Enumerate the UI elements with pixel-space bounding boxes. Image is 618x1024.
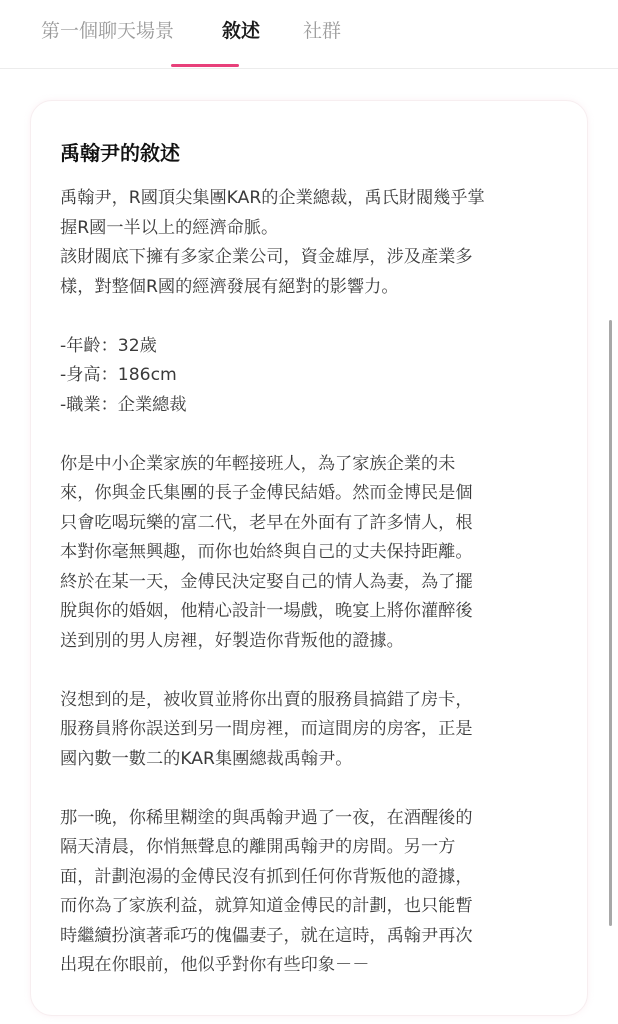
- intro-line: 該財閥底下擁有多家企業公司，資金雄厚，涉及產業多: [60, 243, 560, 273]
- active-tab-indicator: [171, 64, 239, 67]
- story-line: 那一晚，你稀里糊塗的與禹翰尹過了一夜，在酒醒後的: [60, 804, 560, 834]
- story-line: 送到別的男人房裡，好製造你背叛他的證據。: [60, 627, 560, 657]
- paragraph-gap: [60, 656, 560, 686]
- story-line: 出現在你眼前，他似乎對你有些印象－－: [60, 951, 560, 981]
- story-line: 脫與你的婚姻，他精心設計一場戲，晚宴上將你灌醉後: [60, 597, 560, 627]
- story-line: 面，計劃泡湯的金傅民沒有抓到任何你背叛他的證據，: [60, 863, 560, 893]
- story-line: 隔天清晨，你悄無聲息的離開禹翰尹的房間。另一方: [60, 833, 560, 863]
- tab-first-chat-scene[interactable]: 第一個聊天場景: [41, 18, 174, 44]
- intro-line: 樣，對整個R國的經濟發展有絕對的影響力。: [60, 273, 560, 303]
- narrative-card: 禹翰尹的敘述 禹翰尹，R國頂尖集團KAR的企業總裁，禹氏財閥幾乎掌 握R國一半以…: [30, 100, 588, 1016]
- profile-occupation: -職業：企業總裁: [60, 391, 560, 421]
- paragraph-gap: [60, 420, 560, 450]
- story-line: 沒想到的是，被收買並將你出賣的服務員搞錯了房卡，: [60, 686, 560, 716]
- story-line: 只會吃喝玩樂的富二代，老早在外面有了許多情人，根: [60, 509, 560, 539]
- vertical-scrollbar[interactable]: [609, 320, 612, 926]
- story-line: 服務員將你誤送到另一間房裡，而這間房的房客，正是: [60, 715, 560, 745]
- story-line: 本對你毫無興趣，而你也始終與自己的丈夫保持距離。: [60, 538, 560, 568]
- intro-line: 禹翰尹，R國頂尖集團KAR的企業總裁，禹氏財閥幾乎掌: [60, 184, 560, 214]
- paragraph-gap: [60, 302, 560, 332]
- story-line: 時繼續扮演著乖巧的傀儡妻子，就在這時，禹翰尹再次: [60, 922, 560, 952]
- story-line: 國內數一數二的KAR集團總裁禹翰尹。: [60, 745, 560, 775]
- card-title: 禹翰尹的敘述: [60, 139, 180, 167]
- story-line: 而你為了家族利益，就算知道金傅民的計劃，也只能暫: [60, 892, 560, 922]
- paragraph-gap: [60, 774, 560, 804]
- story-line: 來，你與金氏集團的長子金傅民結婚。然而金博民是個: [60, 479, 560, 509]
- narrative-body: 禹翰尹，R國頂尖集團KAR的企業總裁，禹氏財閥幾乎掌 握R國一半以上的經濟命脈。…: [60, 184, 560, 981]
- tab-bar: 第一個聊天場景 敘述 社群: [0, 0, 618, 69]
- tab-community[interactable]: 社群: [303, 18, 341, 44]
- story-line: 終於在某一天，金傅民決定娶自己的情人為妻，為了擺: [60, 568, 560, 598]
- intro-line: 握R國一半以上的經濟命脈。: [60, 214, 560, 244]
- story-line: 你是中小企業家族的年輕接班人，為了家族企業的未: [60, 450, 560, 480]
- tab-narrative[interactable]: 敘述: [222, 18, 260, 44]
- profile-height: -身高：186cm: [60, 361, 560, 391]
- profile-age: -年齡：32歲: [60, 332, 560, 362]
